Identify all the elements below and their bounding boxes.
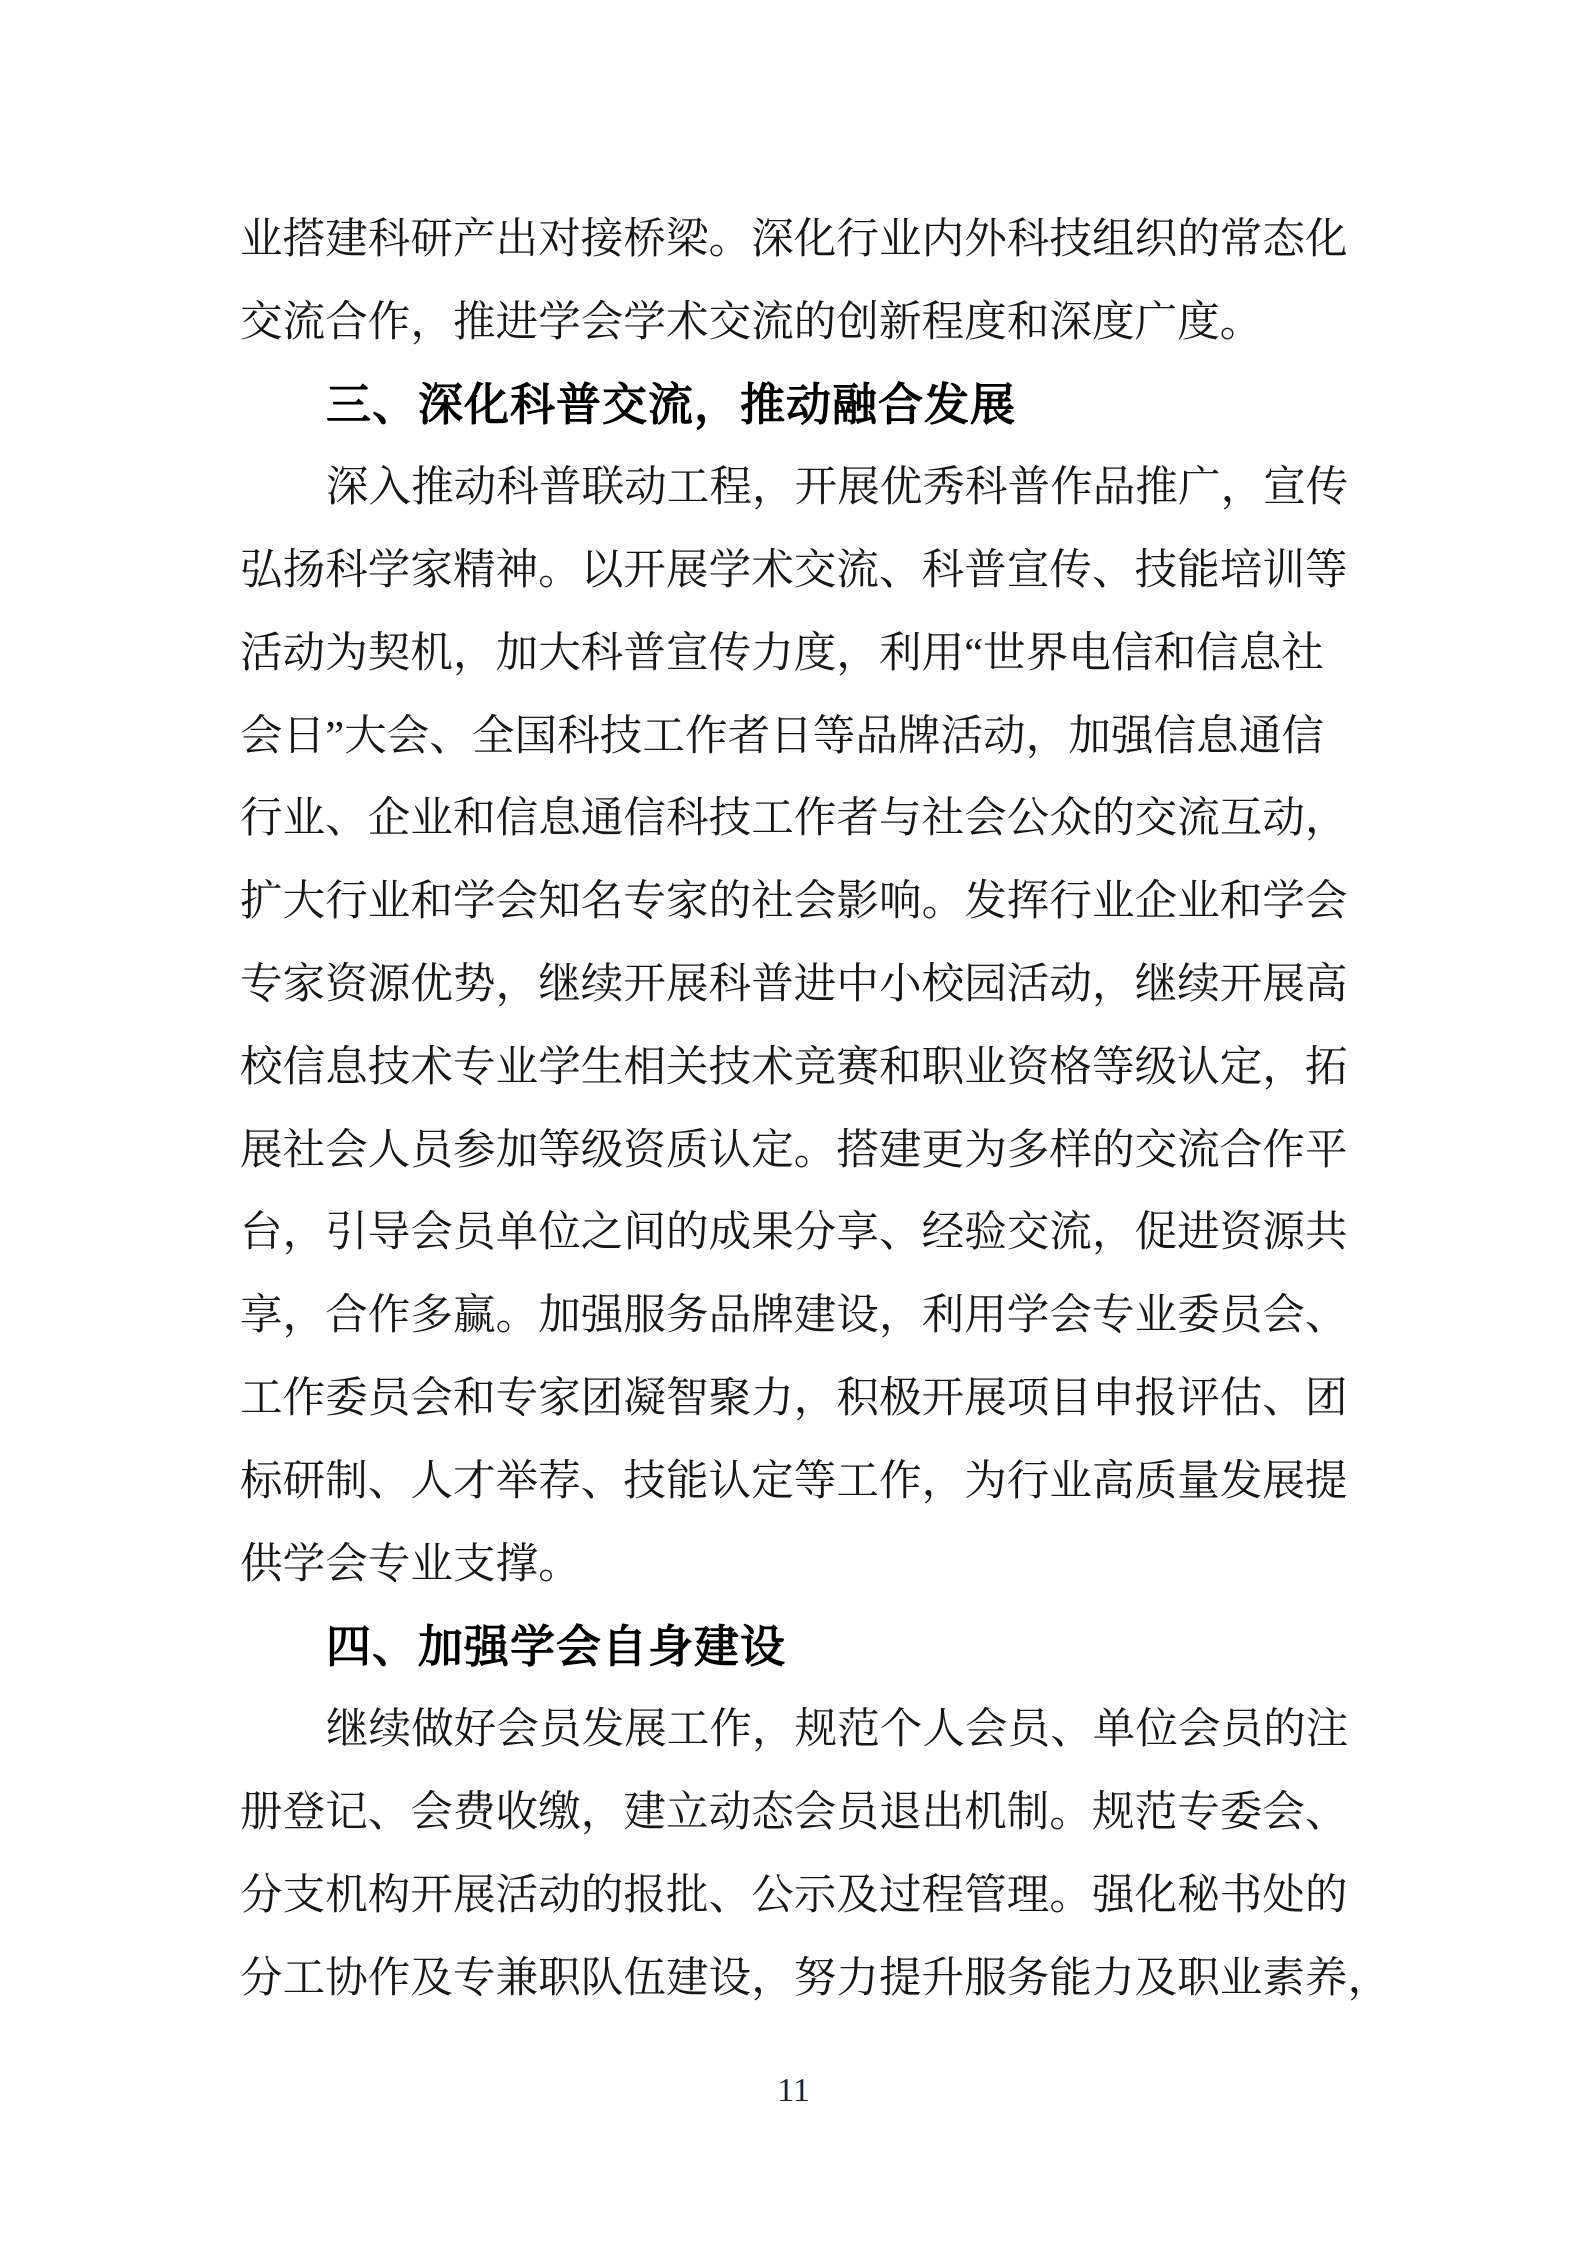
text-line: 分支机构开展活动的报批、公示及过程管理。强化秘书处的 — [240, 1850, 1346, 1933]
text-line: 分工协作及专兼职队伍建设，努力提升服务能力及职业素养， — [240, 1933, 1346, 2016]
text-line: 弘扬科学家精神。以开展学术交流、科普宣传、技能培训等 — [240, 525, 1346, 608]
text-line: 台，引导会员单位之间的成果分享、经验交流，促进资源共 — [240, 1188, 1346, 1271]
text-line: 交流合作，推进学会学术交流的创新程度和深度广度。 — [240, 277, 1346, 360]
text-line: 会日”大会、全国科技工作者日等品牌活动，加强信息通信 — [240, 691, 1346, 774]
text-line: 册登记、会费收缴，建立动态会员退出机制。规范专委会、 — [240, 1767, 1346, 1850]
text-line: 标研制、人才举荐、技能认定等工作，为行业高质量发展提 — [240, 1436, 1346, 1519]
document-page: 业搭建科研产出对接桥梁。深化行业内外科技组织的常态化交流合作，推进学会学术交流的… — [0, 0, 1587, 2245]
text-line: 扩大行业和学会知名专家的社会影响。发挥行业企业和学会 — [240, 856, 1346, 939]
document-body: 业搭建科研产出对接桥梁。深化行业内外科技组织的常态化交流合作，推进学会学术交流的… — [240, 194, 1346, 2016]
page-number: 11 — [0, 2072, 1587, 2110]
section-heading: 四、加强学会自身建设 — [240, 1602, 1346, 1685]
text-line: 行业、企业和信息通信科技工作者与社会公众的交流互动， — [240, 774, 1346, 857]
text-line: 工作委员会和专家团凝智聚力，积极开展项目申报评估、团 — [240, 1353, 1346, 1436]
text-line: 业搭建科研产出对接桥梁。深化行业内外科技组织的常态化 — [240, 194, 1346, 277]
text-line: 享，合作多赢。加强服务品牌建设，利用学会专业委员会、 — [240, 1270, 1346, 1353]
section-heading: 三、深化科普交流，推动融合发展 — [240, 360, 1346, 443]
text-line: 继续做好会员发展工作，规范个人会员、单位会员的注 — [240, 1684, 1346, 1767]
text-line: 校信息技术专业学生相关技术竞赛和职业资格等级认定，拓 — [240, 1022, 1346, 1105]
text-line: 专家资源优势，继续开展科普进中小校园活动，继续开展高 — [240, 939, 1346, 1022]
text-line: 供学会专业支撑。 — [240, 1519, 1346, 1602]
text-line: 深入推动科普联动工程，开展优秀科普作品推广，宣传 — [240, 442, 1346, 525]
text-line: 活动为契机，加大科普宣传力度，利用“世界电信和信息社 — [240, 608, 1346, 691]
text-line: 展社会人员参加等级资质认定。搭建更为多样的交流合作平 — [240, 1105, 1346, 1188]
